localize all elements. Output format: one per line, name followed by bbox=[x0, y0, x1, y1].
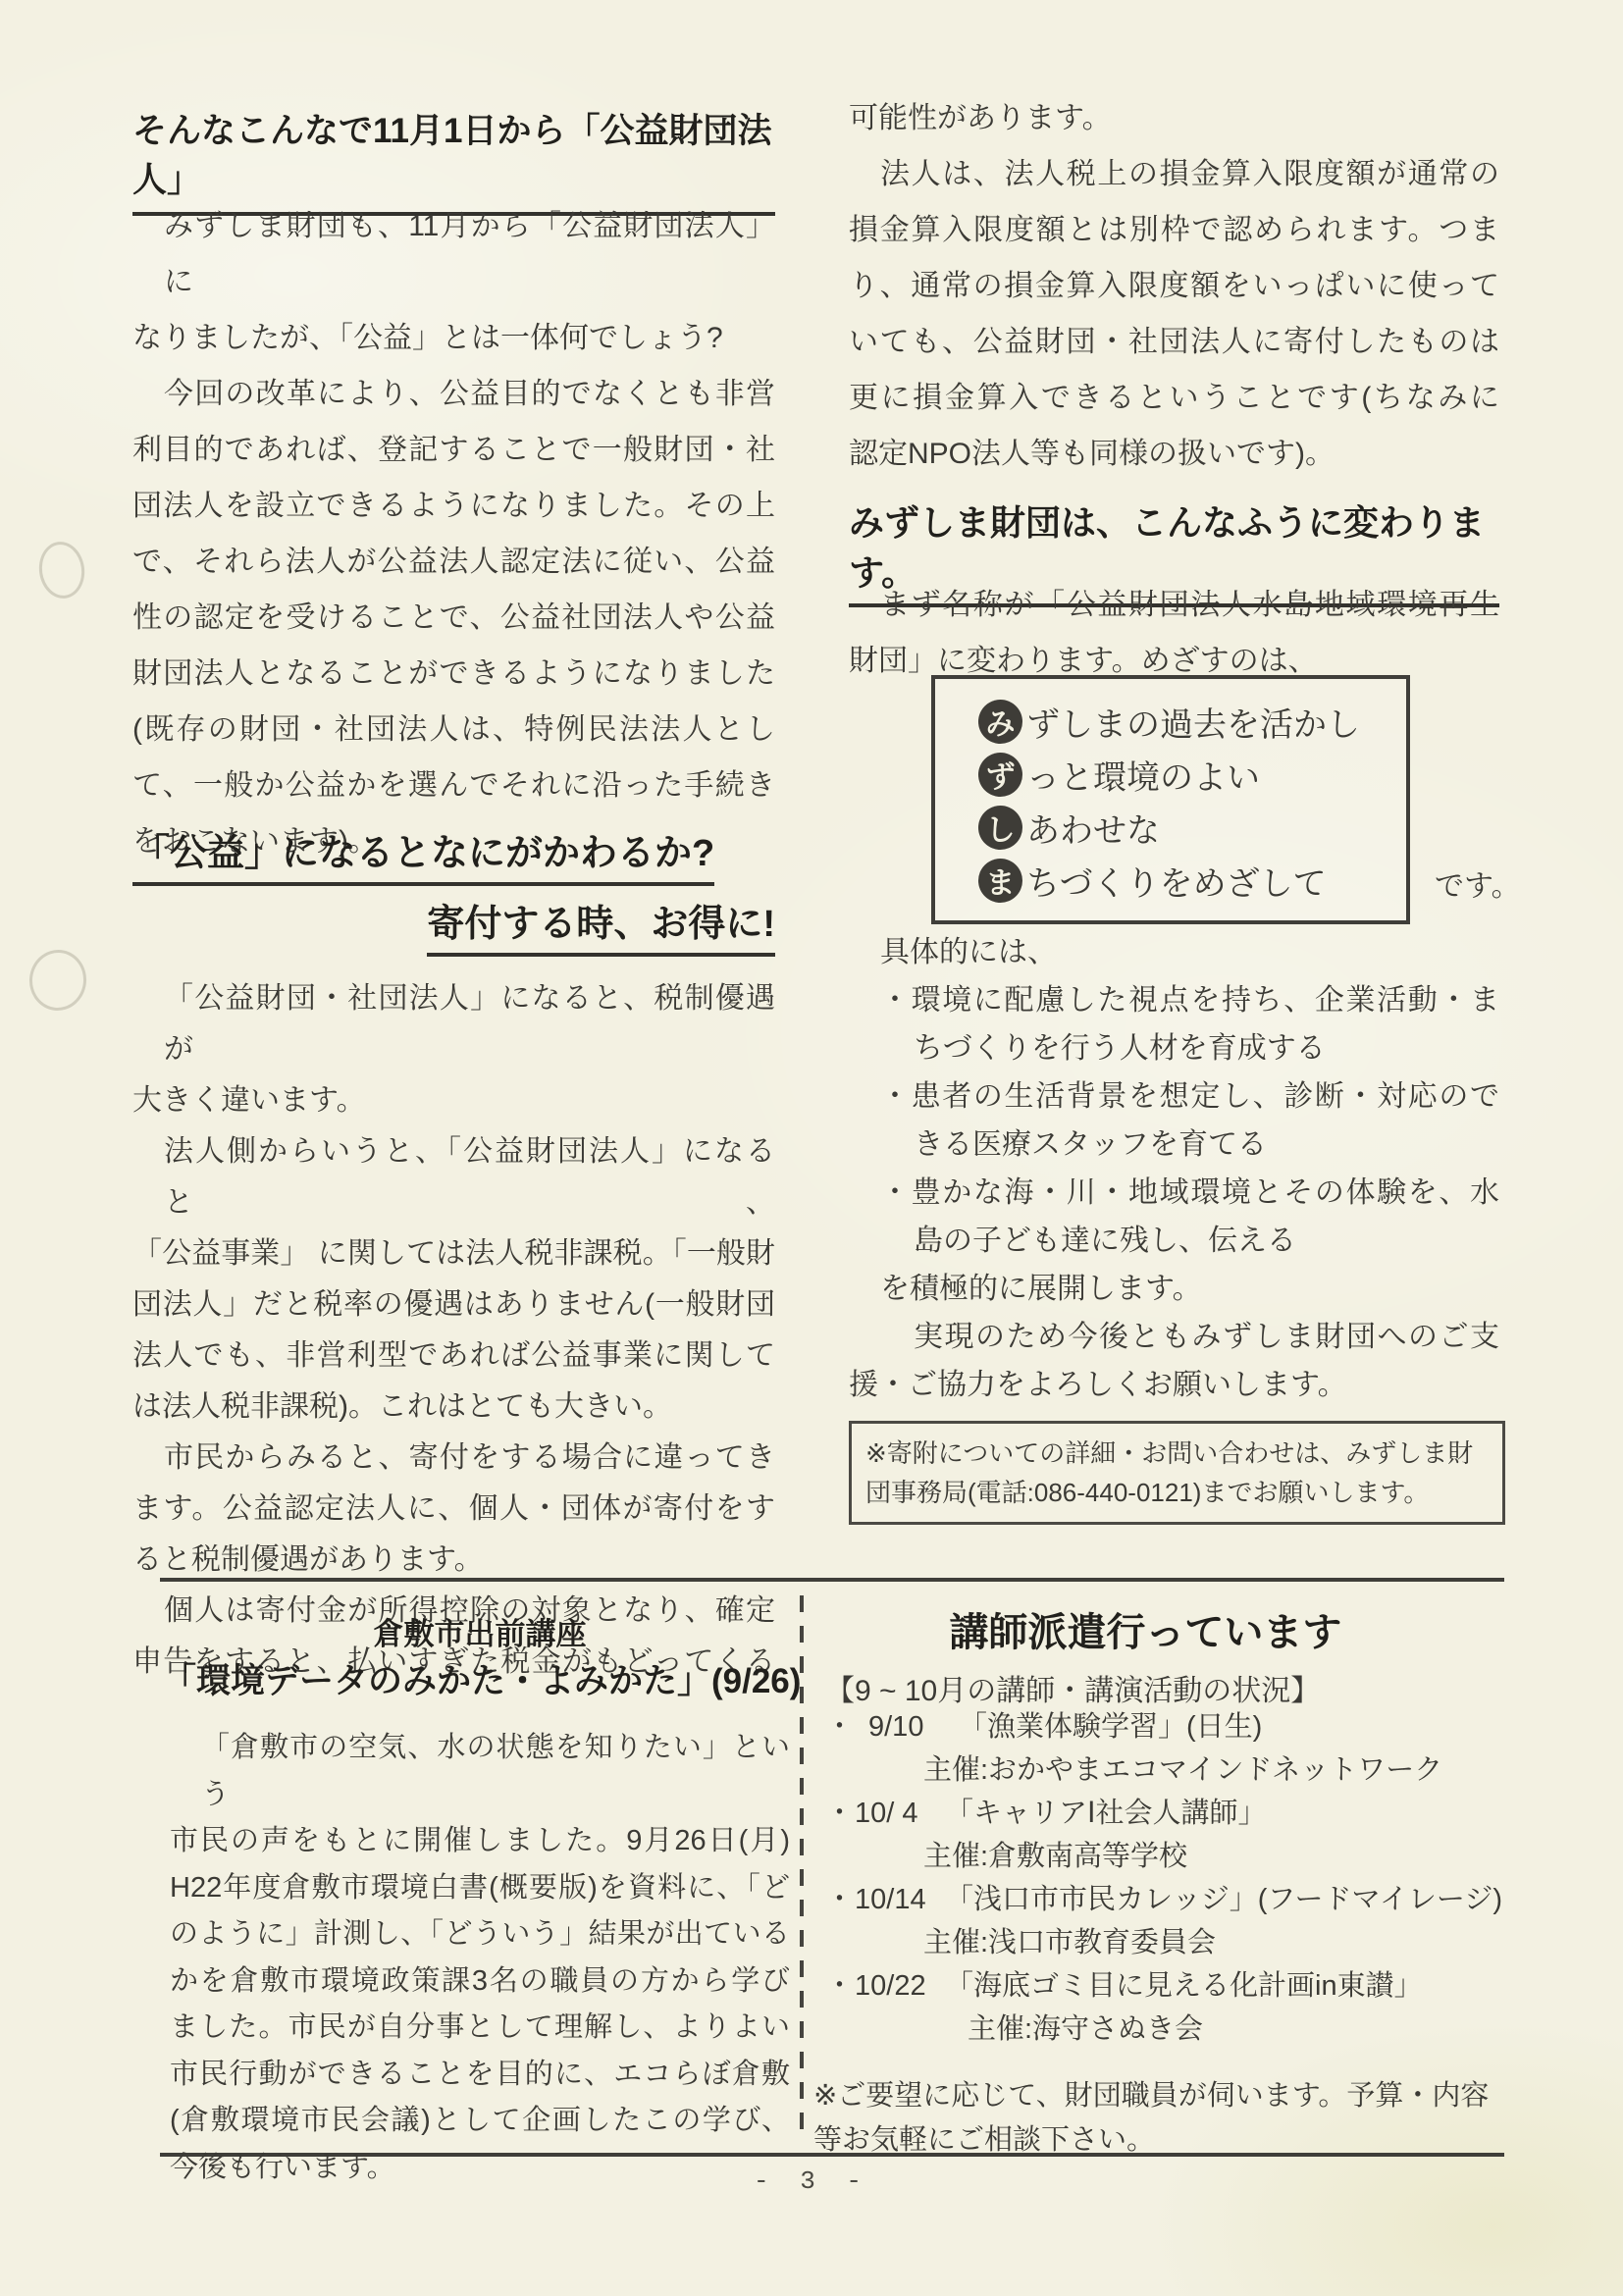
text-line: ます。公益認定法人に、個人・団体が寄付をす bbox=[132, 1484, 775, 1535]
note-line: ※寄附についての詳細・お問い合わせは、みずしま財 bbox=[865, 1434, 1489, 1473]
text-line: 島の子ども達に残し、伝える bbox=[849, 1217, 1499, 1265]
text-line: は法人税非課税)。これはとても大きい。 bbox=[132, 1382, 775, 1433]
acrostic-line: み ずしまの過去を活かし bbox=[978, 695, 1396, 748]
text-line: 市民の声をもとに開催しました。9月26日(月) bbox=[170, 1818, 790, 1865]
text-line: 団法人」だと税率の優遇はありません(一般財団 bbox=[132, 1279, 775, 1331]
text-line: 可能性があります。 bbox=[849, 90, 1499, 146]
text-line: 法人側からいうと、「公益財団法人」になると、 bbox=[132, 1126, 775, 1228]
text-line: 団法人を設立できるようになりました。その上 bbox=[132, 478, 775, 534]
article-title: 講師派遣行っています bbox=[823, 1601, 1468, 1657]
text-line: かを倉敷市環境政策課3名の職員の方から学び bbox=[170, 1958, 790, 2006]
right-paragraph-3: 具体的には、 ・環境に配慮した視点を持ち、企業活動・ま ちづくりを行う人材を育成… bbox=[849, 928, 1499, 1409]
bullet-glyph: ・ bbox=[825, 1705, 855, 1748]
acrostic-text: っと環境のよい bbox=[1026, 751, 1260, 799]
acrostic-initial-badge: ま bbox=[978, 859, 1022, 903]
text-line: 法人でも、非営利型であれば公益事業に関して bbox=[132, 1331, 775, 1382]
article-subheading: 【9 ~ 10月の講師・講演活動の状況】 bbox=[825, 1666, 1320, 1709]
donation-contact-note-box: ※寄附についての詳細・お問い合わせは、みずしま財 団事務局(電話:086-440… bbox=[849, 1421, 1505, 1525]
event-host: 主催:海守さぬき会 bbox=[825, 2008, 1502, 2051]
section-heading: 「公益」になるとなにがかわるか? bbox=[132, 822, 714, 886]
bullet-line: ・患者の生活背景を想定し、診断・対応ので bbox=[849, 1072, 1499, 1121]
acrostic-suffix: です。 bbox=[1435, 861, 1521, 905]
event-host: 主催:浅口市教育委員会 bbox=[825, 1921, 1502, 1964]
note-line: ※ご要望に応じて、財団職員が伺います。予算・内容 bbox=[813, 2074, 1489, 2118]
text-line: 市民行動ができることを目的に、エコらぼ倉敷 bbox=[170, 2052, 790, 2099]
text-line: 損金算入限度額とは別枠で認められます。つま bbox=[849, 202, 1499, 258]
page-number: - 3 - bbox=[0, 2166, 1623, 2196]
acrostic-initial-badge: ず bbox=[978, 753, 1022, 797]
event-row: ・ 10/14 「浅口市市民カレッジ」(フードマイレージ) bbox=[825, 1878, 1502, 1921]
acrostic-line: ず っと環境のよい bbox=[978, 748, 1396, 801]
acrostic-initial-badge: し bbox=[978, 806, 1022, 850]
event-host: 主催:おかやまエコマインドネットワーク bbox=[825, 1748, 1502, 1792]
text-line: り、通常の損金算入限度額をいっぱいに使って bbox=[849, 258, 1499, 314]
text-line: (倉敷環境市民会議)として企画したこの学び、 bbox=[170, 2098, 790, 2145]
left-column-heading-2b: 寄付する時、お得に! bbox=[132, 893, 779, 957]
text-line: 「公益事業」 に関しては法人税非課税。「一般財 bbox=[132, 1228, 775, 1279]
bottom-news-section: 倉敷市出前講座 「環境データのみかた・よみかた」(9/26) 「倉敷市の空気、水… bbox=[160, 1578, 1504, 2157]
bullet-glyph: ・ bbox=[825, 1792, 855, 1835]
text-line: 「倉敷市の空気、水の状態を知りたい」という bbox=[170, 1725, 790, 1818]
acrostic-text: ずしまの過去を活かし bbox=[1026, 698, 1360, 746]
text-line: 大きく違います。 bbox=[132, 1075, 775, 1126]
section-heading-continued: 寄付する時、お得に! bbox=[427, 893, 775, 957]
text-line: のように」計測し、「どういう」結果が出ている bbox=[170, 1911, 790, 1958]
text-line: ました。市民が自分事として理解し、よりよい bbox=[170, 2005, 790, 2052]
acrostic-line: ま ちづくりをめざして bbox=[978, 854, 1396, 907]
text-line: (既存の財団・社団法人は、特例民法法人とし bbox=[132, 702, 775, 757]
lecture-events-list: ・ 9/10 「漁業体験学習」(日生) 主催:おかやまエコマインドネットワーク … bbox=[825, 1705, 1502, 2051]
dispatch-note: ※ご要望に応じて、財団職員が伺います。予算・内容 等お気軽にご相談下さい。 bbox=[813, 2074, 1489, 2163]
event-title: 「海底ゴミ目に見える化計画in東讃」 bbox=[945, 1964, 1423, 2008]
text-line: を積極的に展開します。 bbox=[849, 1265, 1499, 1313]
text-line: きる医療スタッフを育てる bbox=[849, 1121, 1499, 1169]
left-column-heading-2: 「公益」になるとなにがかわるか? bbox=[132, 822, 775, 886]
text-line: で、それら法人が公益法人認定法に従い、公益 bbox=[132, 534, 775, 590]
article-title: 「環境データのみかた・よみかた」(9/26) bbox=[162, 1654, 801, 1703]
text-line: みずしま財団も、11月から「公益財団法人」に bbox=[132, 198, 775, 310]
note-line: 等お気軽にご相談下さい。 bbox=[813, 2118, 1489, 2163]
note-line: 団事務局(電話:086-440-0121)までお願いします。 bbox=[865, 1473, 1489, 1512]
text-line: て、一般か公益かを選んでそれに沿った手続き bbox=[132, 757, 775, 813]
text-line: 認定NPO法人等も同様の扱いです)。 bbox=[849, 426, 1499, 482]
right-paragraph-2: まず名称が「公益財団法人水島地域環境再生 財団」に変わります。めざすのは、 bbox=[849, 577, 1499, 689]
mission-acrostic-box: み ずしまの過去を活かし ず っと環境のよい し あわせな ま ちづくりをめざし… bbox=[931, 675, 1410, 924]
text-line: まず名称が「公益財団法人水島地域環境再生 bbox=[849, 577, 1499, 633]
event-date: 10/14 bbox=[855, 1878, 945, 1921]
event-title: 「キャリアⅠ社会人講師」 bbox=[945, 1792, 1267, 1835]
event-title: 「浅口市市民カレッジ」(フードマイレージ) bbox=[945, 1878, 1502, 1921]
event-row: ・ 10/ 4 「キャリアⅠ社会人講師」 bbox=[825, 1792, 1502, 1835]
article-kicker: 倉敷市出前講座 bbox=[160, 1609, 800, 1653]
text-line: 今回の改革により、公益目的でなくとも非営 bbox=[132, 366, 775, 422]
bullet-glyph: ・ bbox=[825, 1964, 855, 2008]
event-date: 10/ 4 bbox=[855, 1792, 945, 1835]
text-line: 援・ご協力をよろしくお願いします。 bbox=[849, 1361, 1499, 1409]
article-body: 「倉敷市の空気、水の状態を知りたい」という 市民の声をもとに開催しました。9月2… bbox=[170, 1725, 790, 2191]
text-line: 性の認定を受けることで、公益社団法人や公益 bbox=[132, 590, 775, 646]
text-line: H22年度倉敷市環境白書(概要版)を資料に、「ど bbox=[170, 1865, 790, 1912]
text-line: 利目的であれば、登記することで一般財団・社 bbox=[132, 422, 775, 478]
bullet-line: ・豊かな海・川・地域環境とその体験を、水 bbox=[849, 1169, 1499, 1217]
text-line: 法人は、法人税上の損金算入限度額が通常の bbox=[849, 146, 1499, 202]
text-line: 更に損金算入できるということです(ちなみに bbox=[849, 370, 1499, 426]
bullet-line: ・環境に配慮した視点を持ち、企業活動・ま bbox=[849, 976, 1499, 1024]
text-line: いても、公益財団・社団法人に寄付したものは bbox=[849, 314, 1499, 370]
text-line: 実現のため今後ともみずしま財団へのご支 bbox=[849, 1313, 1499, 1361]
scanned-newsletter-page: そんなこんなで11月1日から「公益財団法人」 みずしま財団も、11月から「公益財… bbox=[0, 0, 1623, 2296]
event-row: ・ 9/10 「漁業体験学習」(日生) bbox=[825, 1705, 1502, 1748]
punch-hole-mark bbox=[35, 539, 88, 601]
text-line: 具体的には、 bbox=[849, 928, 1499, 976]
bottom-right-article: 講師派遣行っています 【9 ~ 10月の講師・講演活動の状況】 ・ 9/10 「… bbox=[804, 1582, 1504, 2153]
text-line: ちづくりを行う人材を育成する bbox=[849, 1024, 1499, 1072]
bottom-left-article: 倉敷市出前講座 「環境データのみかた・よみかた」(9/26) 「倉敷市の空気、水… bbox=[160, 1582, 800, 2153]
event-title: 「漁業体験学習」(日生) bbox=[959, 1705, 1262, 1748]
acrostic-text: ちづくりをめざして bbox=[1026, 857, 1327, 905]
acrostic-line: し あわせな bbox=[978, 801, 1396, 854]
event-host: 主催:倉敷南高等学校 bbox=[825, 1835, 1502, 1878]
text-line: 「公益財団・社団法人」になると、税制優遇が bbox=[132, 973, 775, 1075]
left-paragraph-1: みずしま財団も、11月から「公益財団法人」に なりましたが、「公益」とは一体何で… bbox=[132, 198, 775, 869]
bullet-glyph: ・ bbox=[825, 1878, 855, 1921]
text-line: 市民からみると、寄付をする場合に違ってき bbox=[132, 1433, 775, 1484]
acrostic-text: あわせな bbox=[1026, 804, 1160, 852]
punch-hole-mark bbox=[26, 947, 89, 1014]
event-row: ・ 10/22 「海底ゴミ目に見える化計画in東讃」 bbox=[825, 1964, 1502, 2008]
event-date: 10/22 bbox=[855, 1964, 945, 2008]
right-paragraph-1: 可能性があります。 法人は、法人税上の損金算入限度額が通常の 損金算入限度額とは… bbox=[849, 90, 1499, 482]
event-date: 9/10 bbox=[855, 1705, 959, 1748]
text-line: なりましたが、「公益」とは一体何でしょう? bbox=[132, 310, 775, 366]
acrostic-initial-badge: み bbox=[978, 700, 1022, 744]
text-line: 財団法人となることができるようになりました bbox=[132, 646, 775, 702]
